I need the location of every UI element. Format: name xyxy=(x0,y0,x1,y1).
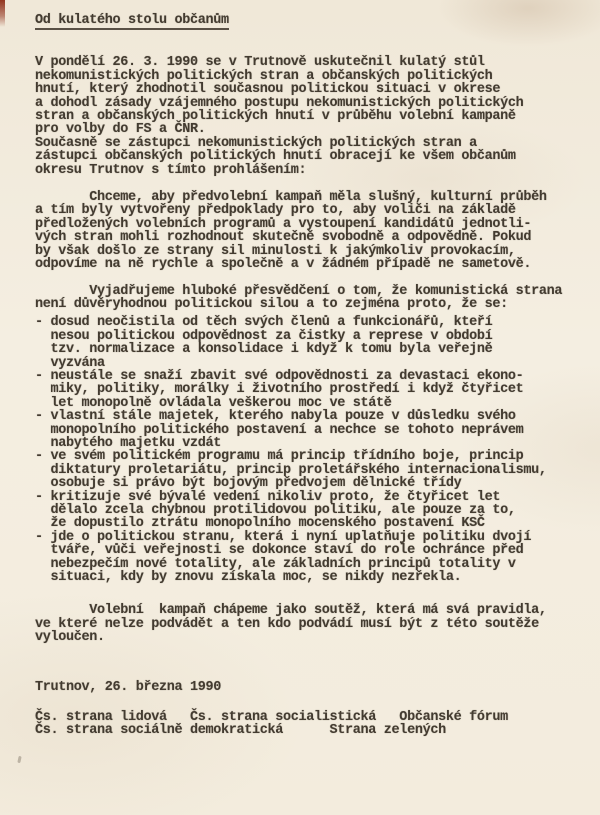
scan-artifact-red-mark xyxy=(0,0,5,27)
list-item: - ve svém politickém programu má princip… xyxy=(35,450,600,490)
closing-paragraph: Volební kampaň chápeme jako soutěž, kter… xyxy=(35,604,600,644)
document-page: Od kulatého stolu občanům V pondělí 26. … xyxy=(0,0,600,815)
list-item: - neustále se snaží zbavit své odpovědno… xyxy=(35,370,600,410)
campaign-paragraph: Chceme, aby předvolební kampaň měla sluš… xyxy=(35,191,600,271)
list-item: - kritizuje své bývalé vedení nikoliv pr… xyxy=(35,491,600,531)
intro-paragraph: V pondělí 26. 3. 1990 se v Trutnově usku… xyxy=(35,56,600,177)
list-item: - vlastní stále majetek, kterého nabyla … xyxy=(35,410,600,450)
dateline: Trutnov, 26. března 1990 xyxy=(35,681,600,694)
scan-artifact-speck xyxy=(17,756,21,763)
signatures-line: Čs. strana lidová Čs. strana socialistic… xyxy=(35,711,600,738)
reasons-list: - dosud neočistila od těch svých členů a… xyxy=(35,316,600,584)
conviction-paragraph: Vyjadřujeme hluboké přesvědčení o tom, ž… xyxy=(35,285,600,312)
page-title: Od kulatého stolu občanům xyxy=(35,14,600,30)
list-item: - dosud neočistila od těch svých členů a… xyxy=(35,316,600,370)
list-item: - jde o politickou stranu, která i nyní … xyxy=(35,531,600,585)
page-title-text: Od kulatého stolu občanům xyxy=(35,14,229,30)
